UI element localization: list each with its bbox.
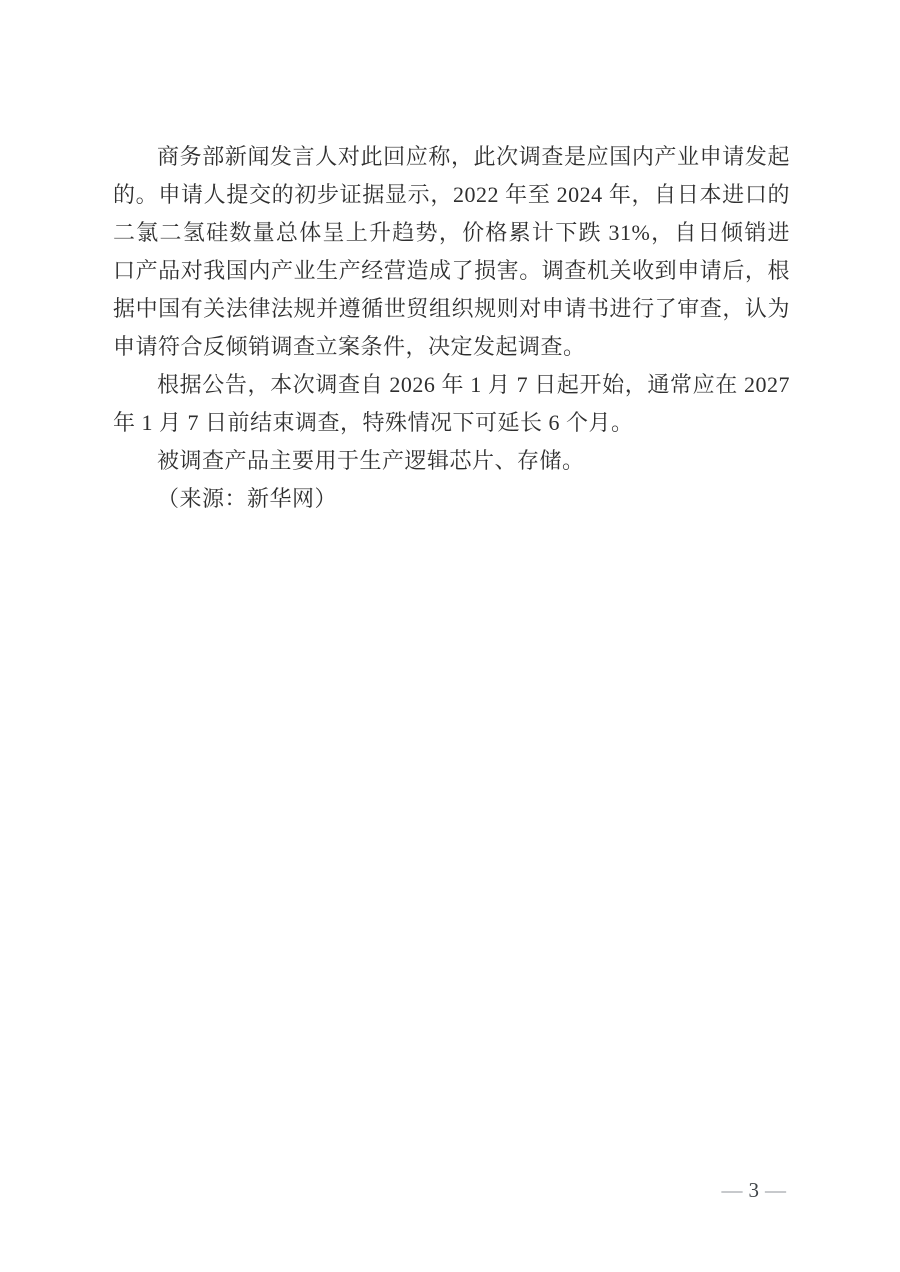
- paragraph-product-usage: 被调查产品主要用于生产逻辑芯片、存储。: [113, 442, 790, 480]
- page-number-dash-right: —: [759, 1178, 792, 1202]
- page-number-value: 3: [749, 1178, 760, 1202]
- paragraph-investigation-timeline: 根据公告，本次调查自 2026 年 1 月 7 日起开始，通常应在 2027 年…: [113, 366, 790, 442]
- page-number: —3—: [716, 1176, 793, 1204]
- document-page: 商务部新闻发言人对此回应称，此次调查是应国内产业申请发起的。申请人提交的初步证据…: [0, 0, 900, 1272]
- paragraph-source: （来源：新华网）: [113, 480, 790, 518]
- document-body: 商务部新闻发言人对此回应称，此次调查是应国内产业申请发起的。申请人提交的初步证据…: [113, 138, 790, 518]
- page-number-dash-left: —: [716, 1178, 749, 1202]
- paragraph-announcement-response: 商务部新闻发言人对此回应称，此次调查是应国内产业申请发起的。申请人提交的初步证据…: [113, 138, 790, 366]
